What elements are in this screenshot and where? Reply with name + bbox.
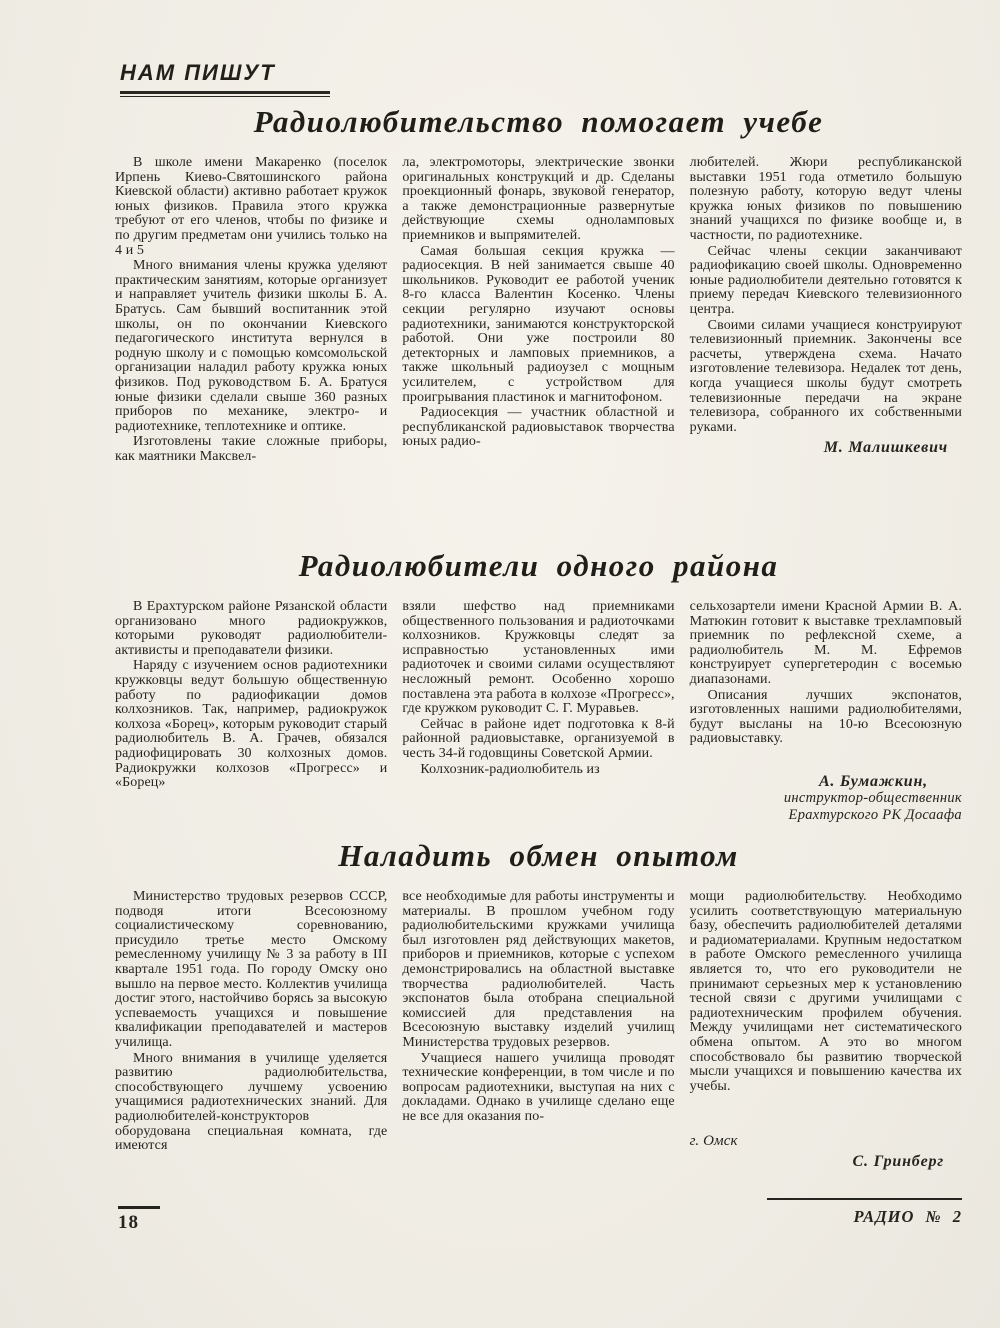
magazine-page: НАМ ПИШУТ Радиолюбительство помогает уче… bbox=[0, 0, 1000, 1328]
section-label: НАМ ПИШУТ bbox=[120, 60, 280, 91]
article-exchange-experience: Наладить обмен опытом Министерство трудо… bbox=[115, 838, 962, 1170]
masthead-rule-thick bbox=[120, 91, 330, 94]
article-title: Наладить обмен опытом bbox=[115, 838, 962, 874]
author-organization: Ерахтурского РК Досаафа bbox=[690, 807, 962, 824]
article-column-1: В школе имени Макаренко (поселок Ирпень … bbox=[115, 156, 387, 464]
article-radio-amateurs-district: Радиолюбители одного района В Ерахтурско… bbox=[115, 548, 962, 824]
paragraph: Самая большая секция кружка — радиосекци… bbox=[402, 245, 674, 406]
paragraph: Наряду с изучением основ радиотехники кр… bbox=[115, 659, 387, 790]
section-masthead: НАМ ПИШУТ bbox=[120, 60, 330, 97]
paragraph: сельхозартели имени Красной Армии В. А. … bbox=[690, 600, 962, 688]
paragraph: мощи радиолюбительству. Необходимо усили… bbox=[690, 890, 962, 1094]
signature-block: г. Омск С. Гринберг bbox=[690, 1134, 962, 1169]
article-title: Радиолюбители одного района bbox=[115, 548, 962, 584]
paragraph: В школе имени Макаренко (поселок Ирпень … bbox=[115, 156, 387, 258]
paragraph: Своими силами учащиеся конструируют теле… bbox=[690, 319, 962, 436]
paragraph: взяли шефство над приемниками общественн… bbox=[402, 600, 674, 717]
author-role: инструктор-общественник bbox=[690, 790, 962, 807]
author-byline: М. Малишкевич bbox=[690, 441, 962, 456]
paragraph: Учащиеся нашего училища проводят техниче… bbox=[402, 1052, 674, 1125]
place-line: г. Омск bbox=[690, 1134, 962, 1149]
paragraph: Сейчас в районе идет подготовка к 8-й ра… bbox=[402, 718, 674, 762]
masthead-rule-thin bbox=[120, 96, 330, 97]
article-title: Радиолюбительство помогает учебе bbox=[115, 104, 962, 140]
paragraph: ла, электромоторы, электрические звонки … bbox=[402, 156, 674, 244]
paragraph: Много внимания члены кружка уделяют прак… bbox=[115, 259, 387, 434]
article-column-1: Министерство трудовых резервов СССР, под… bbox=[115, 890, 387, 1170]
article-radio-helps-study: Радиолюбительство помогает учебе В школе… bbox=[115, 104, 962, 464]
article-column-3: сельхозартели имени Красной Армии В. А. … bbox=[690, 600, 962, 824]
journal-reference: РАДИО № 2 bbox=[767, 1207, 962, 1227]
article-columns: В Ерахтурском районе Рязанской области о… bbox=[115, 600, 962, 824]
paragraph: Радиосекция — участник областной и респу… bbox=[402, 406, 674, 450]
article-columns: В школе имени Макаренко (поселок Ирпень … bbox=[115, 156, 962, 464]
article-columns: Министерство трудовых резервов СССР, под… bbox=[115, 890, 962, 1170]
article-column-2: ла, электромоторы, электрические звонки … bbox=[402, 156, 674, 464]
paragraph: Изготовлены такие сложные приборы, как м… bbox=[115, 435, 387, 464]
article-column-1: В Ерахтурском районе Рязанской области о… bbox=[115, 600, 387, 824]
paragraph: Описания лучших экспонатов, изготовленны… bbox=[690, 689, 962, 747]
paragraph: В Ерахтурском районе Рязанской области о… bbox=[115, 600, 387, 658]
page-number-block: 18 bbox=[118, 1206, 160, 1234]
journal-rule bbox=[767, 1198, 962, 1200]
paragraph: Колхозник-радиолюбитель из bbox=[402, 763, 674, 778]
paragraph: Много внимания в училище уделяется разви… bbox=[115, 1052, 387, 1154]
paragraph: Министерство трудовых резервов СССР, под… bbox=[115, 890, 387, 1051]
article-column-2: взяли шефство над приемниками общественн… bbox=[402, 600, 674, 824]
paragraph: любителей. Жюри республиканской выставки… bbox=[690, 156, 962, 244]
author-byline: С. Гринберг bbox=[690, 1155, 962, 1170]
paragraph: все необходимые для работы инструменты и… bbox=[402, 890, 674, 1051]
article-column-3: любителей. Жюри республиканской выставки… bbox=[690, 156, 962, 464]
folio-dash-rule bbox=[118, 1206, 160, 1209]
article-column-2: все необходимые для работы инструменты и… bbox=[402, 890, 674, 1170]
article-column-3: мощи радиолюбительству. Необходимо усили… bbox=[690, 890, 962, 1170]
author-byline: А. Бумажкин, bbox=[690, 775, 962, 790]
paragraph: Сейчас члены секции заканчивают радиофик… bbox=[690, 245, 962, 318]
journal-reference-block: РАДИО № 2 bbox=[767, 1198, 962, 1227]
page-number: 18 bbox=[118, 1212, 160, 1234]
